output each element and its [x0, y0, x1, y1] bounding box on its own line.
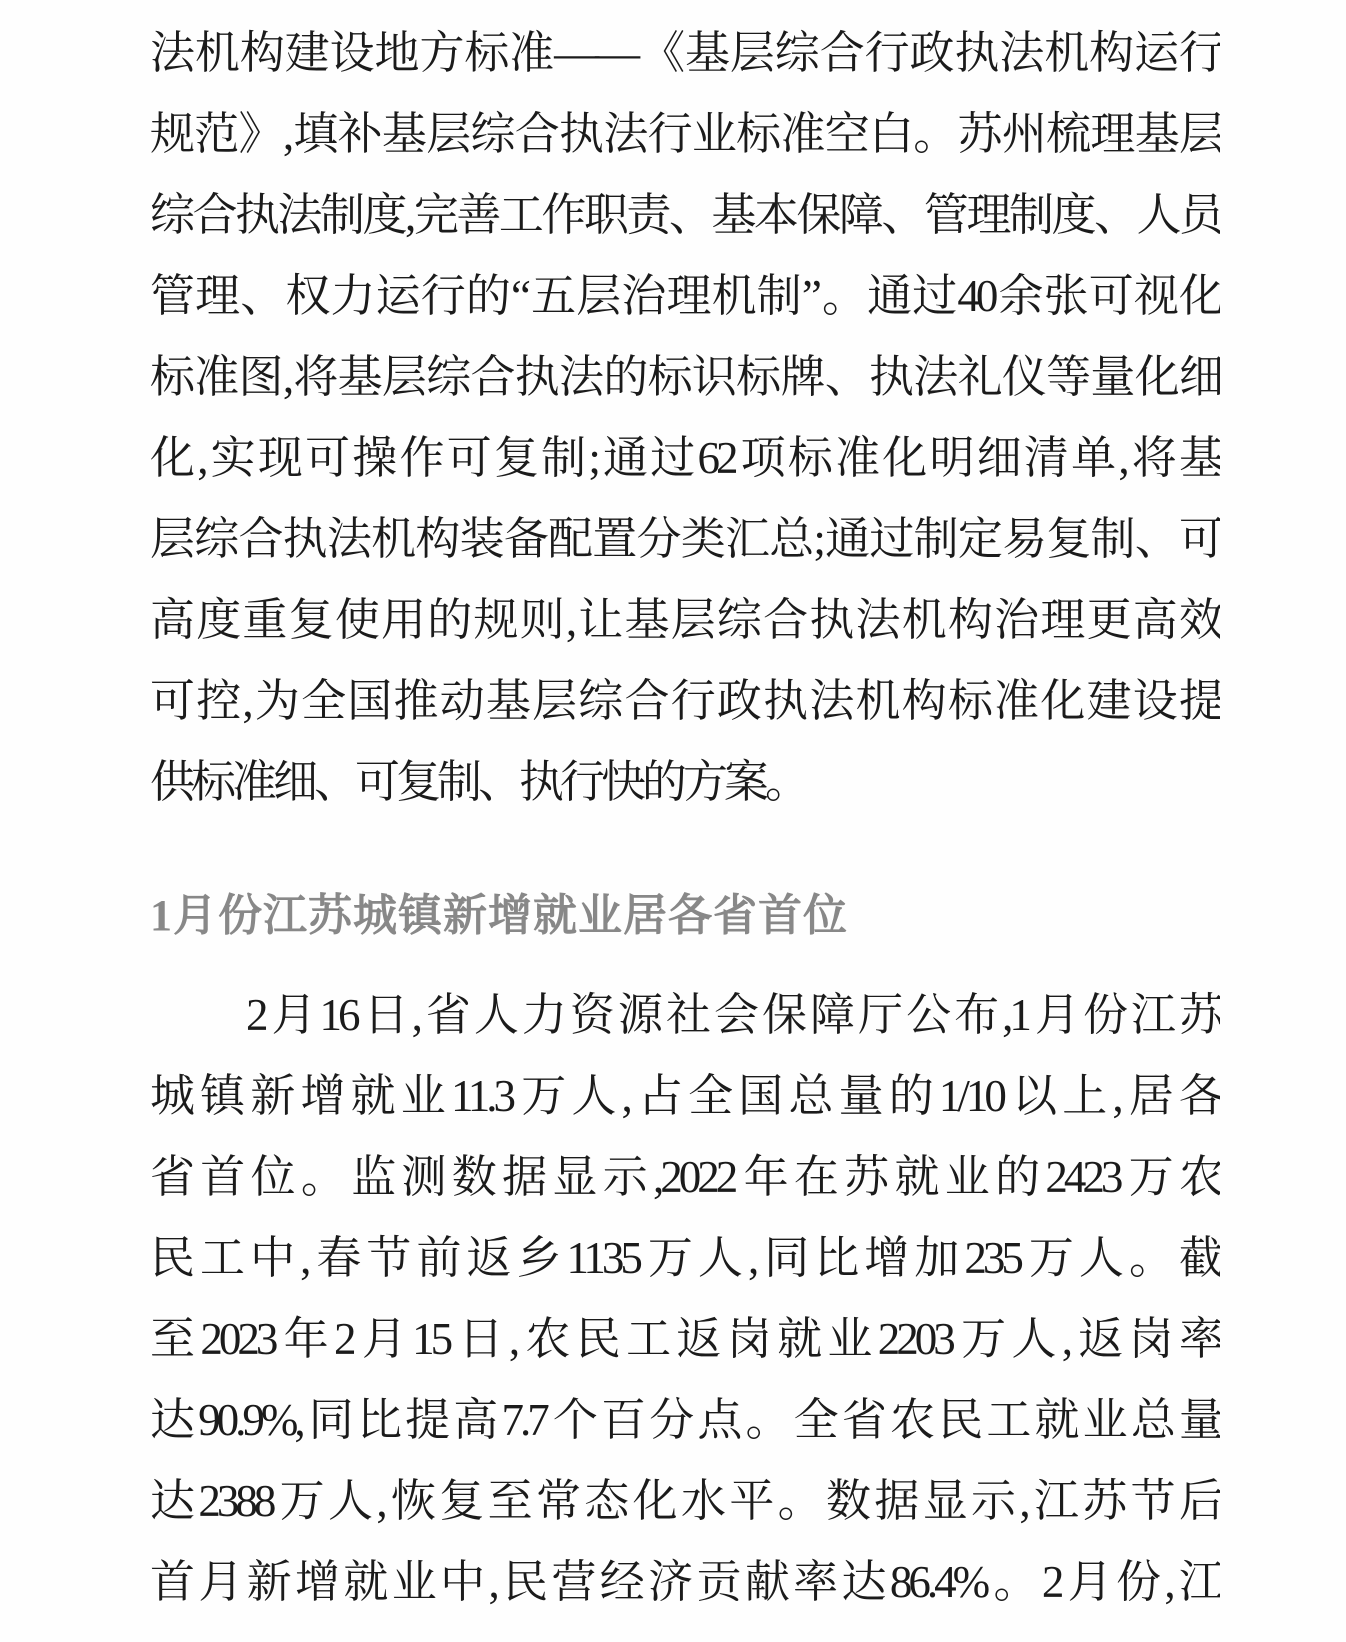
text-line: 省首位。监测数据显示,2022年在苏就业的2423万农 — [150, 1137, 1220, 1218]
text-line: 标准图,将基层综合执法的标识标牌、执法礼仪等量化细 — [150, 337, 1220, 418]
text-line: 城镇新增就业11.3万人,占全国总量的1/10以上,居各 — [150, 1056, 1220, 1137]
text-line: 供标准细、可复制、执行快的方案。 — [150, 742, 1220, 823]
text-line: 规范》,填补基层综合执法行业标准空白。苏州梳理基层 — [150, 94, 1220, 175]
document-page: 法机构建设地方标准——《基层综合行政执法机构运行规范》,填补基层综合执法行业标准… — [0, 0, 1346, 1642]
paragraph-2: 2月16日,省人力资源社会保障厅公布,1月份江苏城镇新增就业11.3万人,占全国… — [150, 975, 1220, 1623]
text-line: 综合执法制度,完善工作职责、基本保障、管理制度、人员 — [150, 175, 1220, 256]
text-line: 化,实现可操作可复制;通过62项标准化明细清单,将基 — [150, 418, 1220, 499]
text-line: 高度重复使用的规则,让基层综合执法机构治理更高效 — [150, 580, 1220, 661]
text-line: 达90.9%,同比提高7.7个百分点。全省农民工就业总量 — [150, 1380, 1220, 1461]
text-line: 至2023年2月15日,农民工返岗就业2203万人,返岗率 — [150, 1299, 1220, 1380]
text-line: 2月16日,省人力资源社会保障厅公布,1月份江苏 — [150, 975, 1220, 1056]
text-line: 达2388万人,恢复至常态化水平。数据显示,江苏节后 — [150, 1461, 1220, 1542]
text-column: 法机构建设地方标准——《基层综合行政执法机构运行规范》,填补基层综合执法行业标准… — [150, 0, 1220, 1623]
section-heading: 1月份江苏城镇新增就业居各省首位 — [150, 875, 1220, 956]
text-line: 可控,为全国推动基层综合行政执法机构标准化建设提 — [150, 661, 1220, 742]
paragraph-1: 法机构建设地方标准——《基层综合行政执法机构运行规范》,填补基层综合执法行业标准… — [150, 0, 1220, 823]
text-line: 层综合执法机构装备配置分类汇总;通过制定易复制、可 — [150, 499, 1220, 580]
text-line: 管理、权力运行的“五层治理机制”。通过40余张可视化 — [150, 256, 1220, 337]
text-line: 法机构建设地方标准——《基层综合行政执法机构运行 — [150, 13, 1220, 94]
text-line: 民工中,春节前返乡1135万人,同比增加235万人。截 — [150, 1218, 1220, 1299]
text-line: 首月新增就业中,民营经济贡献率达86.4%。2月份,江 — [150, 1542, 1220, 1623]
